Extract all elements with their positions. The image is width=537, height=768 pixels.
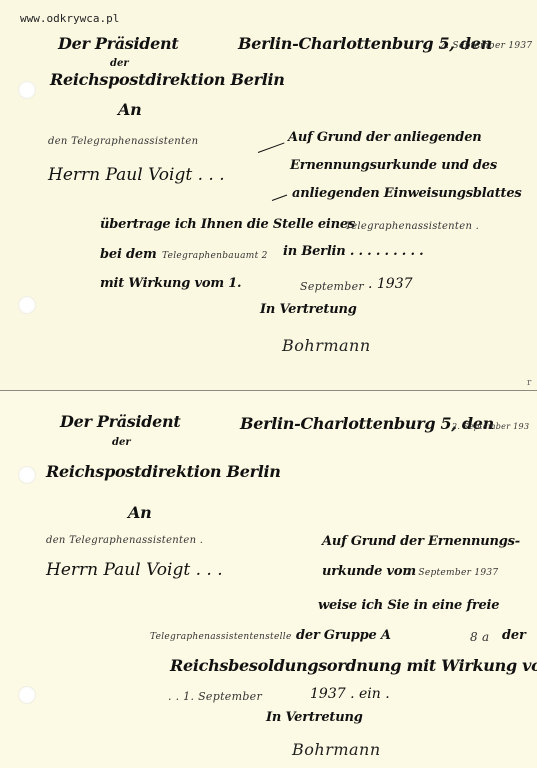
punch-hole <box>18 686 36 704</box>
body-right-line: weise ich Sie in eine freie <box>318 598 499 613</box>
sender-title: Der Präsident <box>58 34 178 53</box>
closing: In Vertretung <box>266 710 363 725</box>
body-line: 1937 . ein . <box>310 686 390 702</box>
watermark: www.odkrywca.pl <box>20 12 119 25</box>
body-line: mit Wirkung vom 1. <box>100 276 241 291</box>
body-line: in Berlin . . . . . . . . . <box>283 244 423 259</box>
body-line-handwritten: Telegraphenassistentenstelle <box>150 632 292 642</box>
body-line-handwritten: Telegraphenassistenten . <box>345 221 479 232</box>
body-line-handwritten: September <box>300 280 364 293</box>
body-right-line: urkunde vom <box>322 564 416 579</box>
body-right-line: Auf Grund der Ernennungs- <box>322 534 520 549</box>
punch-hole <box>18 81 36 99</box>
body-line: der <box>502 628 526 643</box>
body-line-handwritten: . . 1. September <box>168 690 262 703</box>
body-line: bei dem <box>100 247 157 262</box>
body-right-handwritten: 2. September 1937 <box>406 568 498 578</box>
sender-title: Der Präsident <box>60 412 180 431</box>
body-line: Reichsbesoldungsordnung mit Wirkung vom <box>170 656 537 675</box>
page-separator <box>0 390 537 391</box>
corner-mark: r <box>527 378 531 388</box>
letter-date: 2. September 1937 <box>440 41 532 51</box>
closing: In Vertretung <box>260 302 357 317</box>
recipient-title: den Telegraphenassistenten . <box>46 535 203 546</box>
punch-hole <box>18 466 36 484</box>
recipient-name: Herrn Paul Voigt . . . <box>48 165 225 185</box>
address-an: An <box>118 100 141 119</box>
signature: Bohrmann <box>282 336 371 355</box>
body-right-line: Auf Grund der anliegenden <box>288 130 482 145</box>
body-line: der Gruppe A <box>296 628 391 643</box>
body-line: übertrage ich Ihnen die Stelle eines <box>100 217 355 232</box>
punch-hole <box>18 296 36 314</box>
body-right-line: anliegenden Einweisungsblattes <box>292 186 522 201</box>
recipient-name: Herrn Paul Voigt . . . <box>46 560 223 580</box>
sender-der: der <box>112 437 131 448</box>
address-an: An <box>128 503 151 522</box>
sender-der: der <box>110 58 129 69</box>
sender-office: Reichspostdirektion Berlin <box>50 70 285 89</box>
body-line-handwritten: 8 a <box>470 630 490 644</box>
body-line: . 1937 <box>368 276 413 292</box>
sender-office: Reichspostdirektion Berlin <box>46 462 281 481</box>
recipient-title: den Telegraphenassistenten <box>48 136 198 147</box>
body-line-handwritten: Telegraphenbauamt 2 <box>162 251 268 261</box>
letter-date: 2. September 193 <box>452 422 529 431</box>
body-right-line: Ernennungsurkunde und des <box>290 158 497 173</box>
signature: Bohrmann <box>292 740 381 759</box>
